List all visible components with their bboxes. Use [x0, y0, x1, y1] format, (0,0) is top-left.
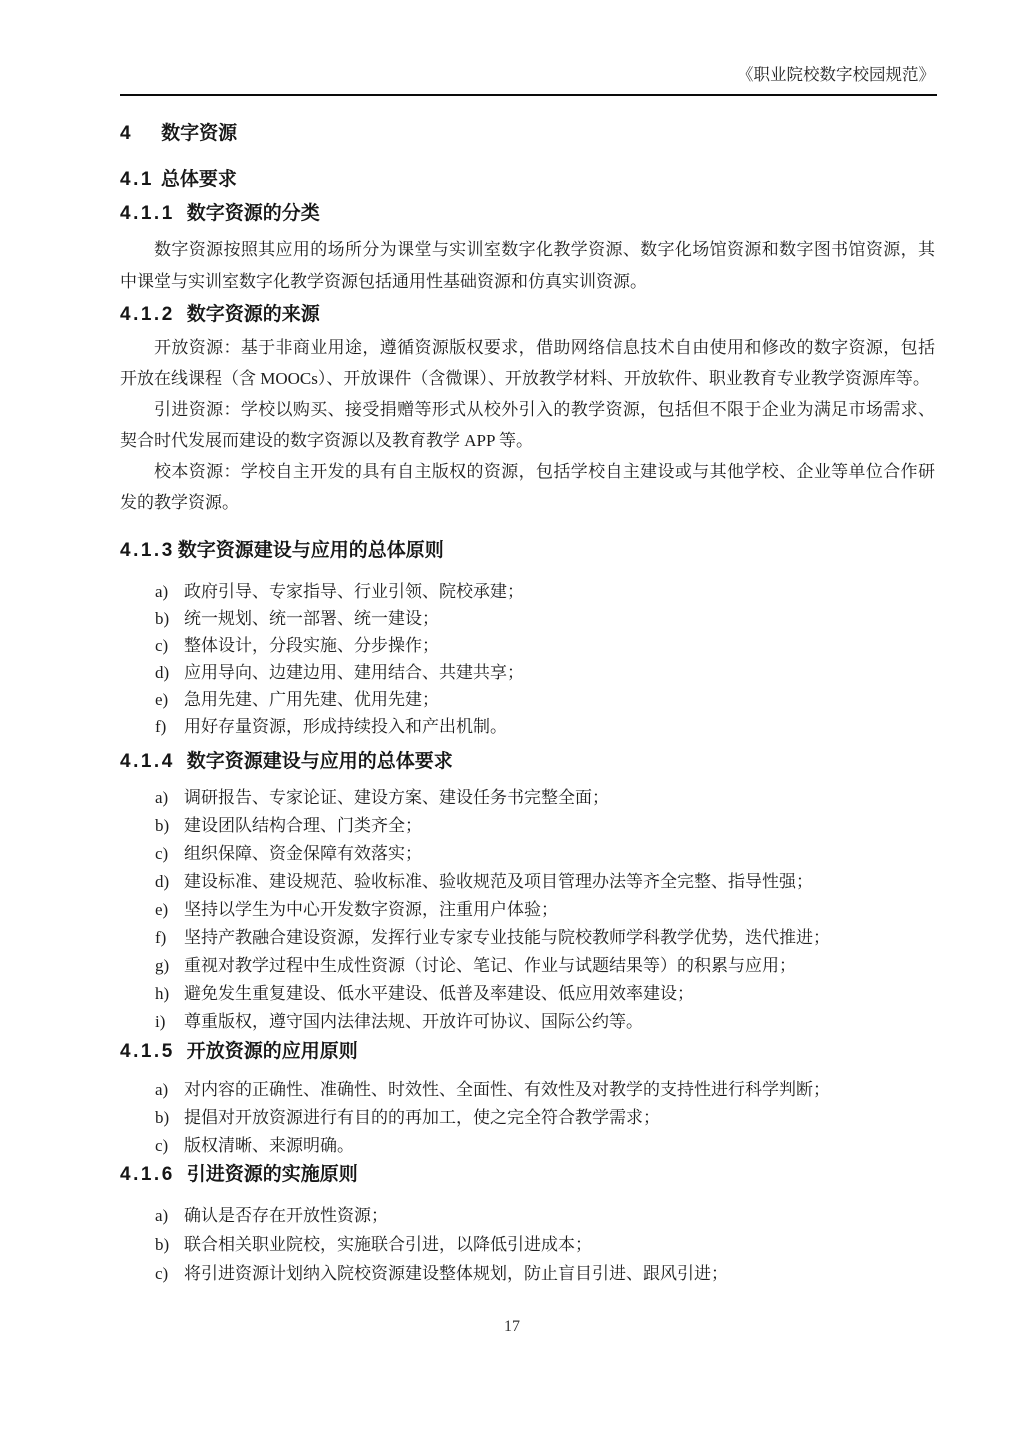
list-item: i)尊重版权，遵守国内法律法规、开放许可协议、国际公约等。: [120, 1008, 935, 1036]
section-4-1-title: 总体要求: [161, 169, 237, 190]
section-4-1-4-list: a)调研报告、专家论证、建设方案、建设任务书完整全面； b)建设团队结构合理、门…: [120, 784, 935, 1036]
list-item: b)联合相关职业院校，实施联合引进，以降低引进成本；: [120, 1230, 935, 1259]
list-item: d)应用导向、边建边用、建用结合、共建共享；: [120, 659, 935, 686]
list-item: a)政府引导、专家指导、行业引领、院校承建；: [120, 578, 935, 605]
list-item: e)急用先建、广用先建、优用先建；: [120, 686, 935, 713]
section-4-1-3-number: 4.1.3: [120, 540, 175, 561]
section-4-1-1-body: 数字资源按照其应用的场所分为课堂与实训室数字化教学资源、数字化场馆资源和数字图书…: [120, 234, 935, 298]
section-4-1-2-body: 开放资源：基于非商业用途，遵循资源版权要求，借助网络信息技术自由使用和修改的数字…: [120, 332, 935, 518]
list-item-text: 用好存量资源，形成持续投入和产出机制。: [184, 717, 507, 736]
list-item-text: 应用导向、边建边用、建用结合、共建共享；: [184, 663, 524, 682]
section-4-1-1-heading: 4.1.1数字资源的分类: [120, 202, 935, 225]
list-item-text: 急用先建、广用先建、优用先建；: [184, 690, 439, 709]
section-4-1-4-number: 4.1.4: [120, 751, 175, 772]
section-4-1-6-heading: 4.1.6引进资源的实施原则: [120, 1163, 935, 1186]
section-4-1-1-title: 数字资源的分类: [187, 203, 320, 224]
list-item-text: 重视对教学过程中生成性资源（讨论、笔记、作业与试题结果等）的积累与应用；: [184, 956, 796, 975]
list-marker: e): [155, 896, 175, 924]
list-item: c)版权清晰、来源明确。: [120, 1132, 935, 1160]
section-4-1-6-list: a)确认是否存在开放性资源； b)联合相关职业院校，实施联合引进，以降低引进成本…: [120, 1201, 935, 1288]
section-4-1-number: 4.1: [120, 169, 154, 190]
list-marker: b): [155, 605, 175, 632]
list-item-text: 建设团队结构合理、门类齐全；: [184, 816, 422, 835]
list-item: c)组织保障、资金保障有效落实；: [120, 840, 935, 868]
list-item: f)用好存量资源，形成持续投入和产出机制。: [120, 713, 935, 740]
list-marker: f): [155, 924, 175, 952]
list-item: c)将引进资源计划纳入院校资源建设整体规划，防止盲目引进、跟风引进；: [120, 1259, 935, 1288]
list-item: a)对内容的正确性、准确性、时效性、全面性、有效性及对教学的支持性进行科学判断；: [120, 1076, 935, 1104]
running-header: 《职业院校数字校园规范》: [120, 64, 935, 86]
list-marker: g): [155, 952, 175, 980]
section-4-1-5-number: 4.1.5: [120, 1041, 175, 1062]
section-4-1-2-number: 4.1.2: [120, 304, 175, 325]
paragraph: 校本资源：学校自主开发的具有自主版权的资源，包括学校自主建设或与其他学校、企业等…: [120, 456, 935, 518]
list-marker: a): [155, 784, 175, 812]
list-marker: e): [155, 686, 175, 713]
list-marker: c): [155, 840, 175, 868]
section-4-1-heading: 4.1总体要求: [120, 168, 935, 191]
section-4-1-6-title: 引进资源的实施原则: [187, 1164, 358, 1185]
page-number: 17: [0, 1318, 1024, 1336]
document-page: 《职业院校数字校园规范》 4数字资源 4.1总体要求 4.1.1数字资源的分类 …: [0, 0, 1024, 1448]
list-item-text: 版权清晰、来源明确。: [184, 1136, 354, 1155]
paragraph: 开放资源：基于非商业用途，遵循资源版权要求，借助网络信息技术自由使用和修改的数字…: [120, 332, 935, 394]
section-4-title: 数字资源: [161, 123, 237, 144]
list-item: b)建设团队结构合理、门类齐全；: [120, 812, 935, 840]
section-4-1-5-title: 开放资源的应用原则: [187, 1041, 358, 1062]
list-marker: c): [155, 1132, 175, 1160]
list-marker: i): [155, 1008, 175, 1036]
list-item: b)统一规划、统一部署、统一建设；: [120, 605, 935, 632]
list-item-text: 组织保障、资金保障有效落实；: [184, 844, 422, 863]
list-item: h)避免发生重复建设、低水平建设、低普及率建设、低应用效率建设；: [120, 980, 935, 1008]
list-item-text: 确认是否存在开放性资源；: [184, 1206, 388, 1225]
paragraph: 数字资源按照其应用的场所分为课堂与实训室数字化教学资源、数字化场馆资源和数字图书…: [120, 234, 935, 298]
list-marker: c): [155, 632, 175, 659]
list-item-text: 调研报告、专家论证、建设方案、建设任务书完整全面；: [184, 788, 609, 807]
list-marker: h): [155, 980, 175, 1008]
list-item-text: 政府引导、专家指导、行业引领、院校承建；: [184, 582, 524, 601]
section-4-1-5-list: a)对内容的正确性、准确性、时效性、全面性、有效性及对教学的支持性进行科学判断；…: [120, 1076, 935, 1160]
list-item-text: 坚持产教融合建设资源，发挥行业专家专业技能与院校教师学科教学优势，迭代推进；: [184, 928, 830, 947]
list-item: g)重视对教学过程中生成性资源（讨论、笔记、作业与试题结果等）的积累与应用；: [120, 952, 935, 980]
list-item-text: 尊重版权，遵守国内法律法规、开放许可协议、国际公约等。: [184, 1012, 643, 1031]
list-item: c)整体设计，分段实施、分步操作；: [120, 632, 935, 659]
doc-title: 《职业院校数字校园规范》: [737, 65, 935, 84]
section-4-heading: 4数字资源: [120, 122, 935, 145]
list-item: f)坚持产教融合建设资源，发挥行业专家专业技能与院校教师学科教学优势，迭代推进；: [120, 924, 935, 952]
list-item-text: 统一规划、统一部署、统一建设；: [184, 609, 439, 628]
list-marker: d): [155, 659, 175, 686]
section-4-1-3-heading: 4.1.3数字资源建设与应用的总体原则: [120, 539, 935, 562]
list-marker: d): [155, 868, 175, 896]
section-4-1-4-title: 数字资源建设与应用的总体要求: [187, 751, 453, 772]
list-item: e)坚持以学生为中心开发数字资源，注重用户体验；: [120, 896, 935, 924]
section-4-1-3-title: 数字资源建设与应用的总体原则: [178, 540, 444, 561]
list-item: a)确认是否存在开放性资源；: [120, 1201, 935, 1230]
list-item: b)提倡对开放资源进行有目的的再加工，使之完全符合教学需求；: [120, 1104, 935, 1132]
section-4-1-5-heading: 4.1.5开放资源的应用原则: [120, 1040, 935, 1063]
list-item-text: 将引进资源计划纳入院校资源建设整体规划，防止盲目引进、跟风引进；: [184, 1264, 728, 1283]
list-item-text: 对内容的正确性、准确性、时效性、全面性、有效性及对教学的支持性进行科学判断；: [184, 1080, 830, 1099]
header-rule: [120, 94, 937, 96]
section-4-1-1-number: 4.1.1: [120, 203, 175, 224]
list-marker: b): [155, 1230, 175, 1259]
list-item-text: 联合相关职业院校，实施联合引进，以降低引进成本；: [184, 1235, 592, 1254]
list-marker: b): [155, 812, 175, 840]
section-4-1-2-title: 数字资源的来源: [187, 304, 320, 325]
section-4-1-2-heading: 4.1.2数字资源的来源: [120, 303, 935, 326]
list-item: a)调研报告、专家论证、建设方案、建设任务书完整全面；: [120, 784, 935, 812]
list-item-text: 坚持以学生为中心开发数字资源，注重用户体验；: [184, 900, 558, 919]
list-marker: a): [155, 578, 175, 605]
section-4-number: 4: [120, 123, 133, 144]
list-item-text: 避免发生重复建设、低水平建设、低普及率建设、低应用效率建设；: [184, 984, 694, 1003]
paragraph: 引进资源：学校以购买、接受捐赠等形式从校外引入的教学资源，包括但不限于企业为满足…: [120, 394, 935, 456]
section-4-1-3-list: a)政府引导、专家指导、行业引领、院校承建； b)统一规划、统一部署、统一建设；…: [120, 578, 935, 740]
list-item: d)建设标准、建设规范、验收标准、验收规范及项目管理办法等齐全完整、指导性强；: [120, 868, 935, 896]
list-marker: b): [155, 1104, 175, 1132]
list-marker: a): [155, 1076, 175, 1104]
list-item-text: 建设标准、建设规范、验收标准、验收规范及项目管理办法等齐全完整、指导性强；: [184, 872, 813, 891]
list-marker: a): [155, 1201, 175, 1230]
section-4-1-4-heading: 4.1.4数字资源建设与应用的总体要求: [120, 750, 935, 773]
section-4-1-6-number: 4.1.6: [120, 1164, 175, 1185]
list-marker: f): [155, 713, 175, 740]
list-item-text: 整体设计，分段实施、分步操作；: [184, 636, 439, 655]
list-marker: c): [155, 1259, 175, 1288]
list-item-text: 提倡对开放资源进行有目的的再加工，使之完全符合教学需求；: [184, 1108, 660, 1127]
